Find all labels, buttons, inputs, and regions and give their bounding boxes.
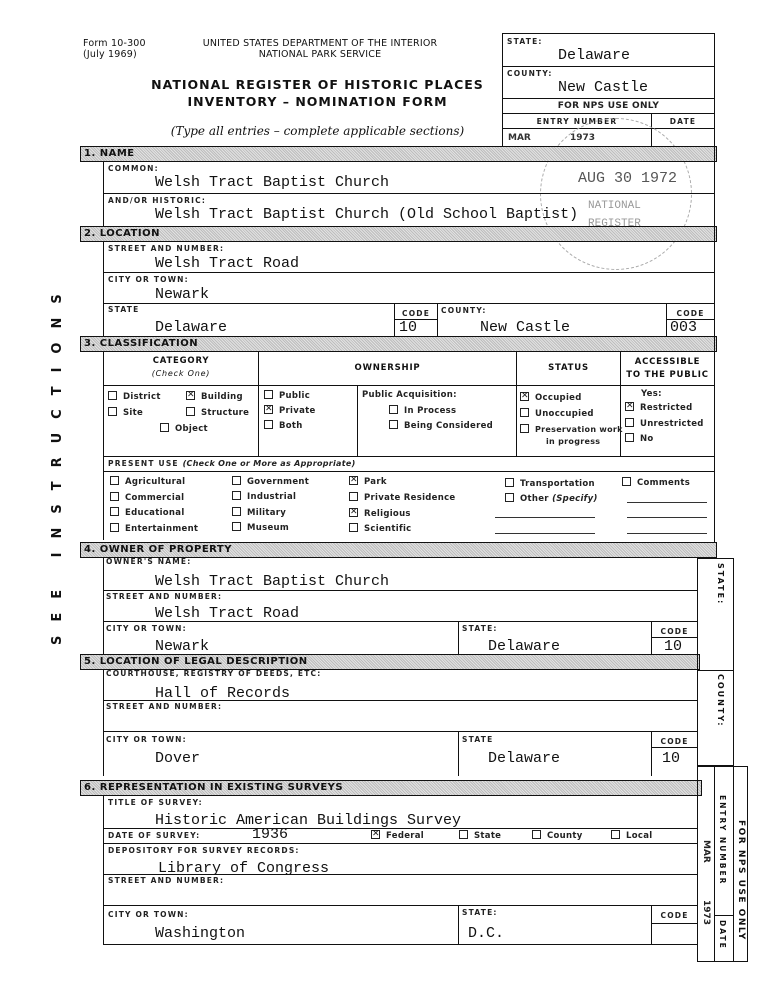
accessible-header-1: ACCESSIBLE [621, 357, 714, 367]
service-name: NATIONAL PARK SERVICE [160, 49, 480, 60]
section-header-surveys: 6. REPRESENTATION IN EXISTING SURVEYS [80, 780, 702, 796]
survey-level-county[interactable]: County [532, 830, 583, 841]
checkbox-private-checked[interactable] [264, 405, 273, 414]
use-other[interactable]: Other (Specify) [505, 493, 598, 504]
use-transportation[interactable]: Transportation [505, 478, 595, 489]
checkbox-structure[interactable] [186, 407, 195, 416]
checkbox-restricted-checked[interactable] [625, 402, 634, 411]
location-county-code-field[interactable]: 003 [670, 319, 697, 336]
category-subheader: (Check One) [104, 369, 258, 378]
form-title-line1: NATIONAL REGISTER OF HISTORIC PLACES [140, 76, 495, 93]
form-number: Form 10-300 [83, 38, 146, 49]
checkbox-being-considered[interactable] [389, 420, 398, 429]
checkbox-preservation[interactable] [520, 424, 529, 433]
checkbox-in-process[interactable] [389, 405, 398, 414]
stamp-date: AUG 30 1972 [578, 170, 677, 187]
owner-city-label: CITY OR TOWN: [106, 624, 187, 633]
top-county-label: COUNTY: [507, 69, 553, 78]
ownership-public[interactable]: Public [264, 390, 310, 401]
status-occupied[interactable]: Occupied [520, 392, 582, 403]
depository-label: DEPOSITORY FOR SURVEY RECORDS: [108, 846, 300, 855]
checkbox-local[interactable] [611, 830, 620, 839]
other-specify-line-1[interactable] [495, 517, 595, 518]
checkbox-transportation[interactable] [505, 478, 514, 487]
location-state-field[interactable]: Delaware [155, 319, 227, 336]
checkbox-educational[interactable] [110, 507, 119, 516]
use-private-residence[interactable]: Private Residence [349, 492, 456, 503]
survey-title-label: TITLE OF SURVEY: [108, 798, 203, 807]
see-instructions-side-text: SEE INSTRUCTIONS [50, 355, 65, 645]
legal-street-label: STREET AND NUMBER: [106, 702, 222, 711]
accessible-unrestricted[interactable]: Unrestricted [625, 418, 704, 429]
section-header-owner: 4. OWNER OF PROPERTY [80, 542, 717, 558]
survey-street-label: STREET AND NUMBER: [108, 876, 224, 885]
category-site[interactable]: Site [108, 407, 143, 418]
comments-line-2[interactable] [627, 517, 707, 518]
accessible-yes-label: Yes: [641, 389, 662, 399]
margin-county-label: COUNTY: [716, 674, 725, 728]
checkbox-scientific[interactable] [349, 523, 358, 532]
checkbox-park-checked[interactable] [349, 476, 358, 485]
checkbox-building-checked[interactable] [186, 391, 195, 400]
margin-state-label: STATE: [716, 563, 725, 605]
checkbox-state[interactable] [459, 830, 468, 839]
checkbox-object[interactable] [160, 423, 169, 432]
status-unoccupied[interactable]: Unoccupied [520, 408, 594, 419]
historic-name-field[interactable]: Welsh Tract Baptist Church (Old School B… [155, 206, 578, 223]
top-county-value: New Castle [558, 79, 648, 96]
survey-state-field[interactable]: D.C. [468, 925, 504, 942]
checkbox-county[interactable] [532, 830, 541, 839]
checkbox-commercial[interactable] [110, 492, 119, 501]
location-county-field[interactable]: New Castle [480, 319, 570, 336]
checkbox-government[interactable] [232, 476, 241, 485]
checkbox-religious-checked[interactable] [349, 508, 358, 517]
form-title-line2: INVENTORY – NOMINATION FORM [140, 93, 495, 110]
legal-code-label: CODE [652, 737, 697, 746]
owner-code-label: CODE [652, 627, 697, 636]
margin-nps-use-only-label: FOR NPS USE ONLY [736, 820, 746, 941]
checkbox-occupied-checked[interactable] [520, 392, 529, 401]
owner-state-label: STATE: [462, 624, 498, 633]
use-scientific[interactable]: Scientific [349, 523, 412, 534]
survey-date-label: DATE OF SURVEY: [108, 831, 200, 840]
form-date: (July 1969) [83, 49, 137, 60]
present-use-label: PRESENT USE (Check One or More as Approp… [108, 459, 356, 468]
location-city-field[interactable]: Newark [155, 286, 209, 303]
survey-level-local[interactable]: Local [611, 830, 652, 841]
survey-code-label: CODE [652, 911, 697, 920]
stamp-national: NATIONAL [588, 200, 641, 212]
accessible-restricted[interactable]: Restricted [625, 402, 693, 413]
owner-name-field[interactable]: Welsh Tract Baptist Church [155, 573, 389, 590]
public-acquisition-label: Public Acquisition: [362, 390, 457, 400]
category-district[interactable]: District [108, 391, 161, 402]
checkbox-unrestricted[interactable] [625, 418, 634, 427]
section-header-location: 2. LOCATION [80, 226, 717, 242]
legal-city-label: CITY OR TOWN: [106, 735, 187, 744]
legal-code-field[interactable]: 10 [662, 750, 680, 767]
department-name: UNITED STATES DEPARTMENT OF THE INTERIOR [160, 38, 480, 49]
checkbox-entertainment[interactable] [110, 523, 119, 532]
checkbox-both[interactable] [264, 420, 273, 429]
checkbox-no[interactable] [625, 433, 634, 442]
legal-state-field[interactable]: Delaware [488, 750, 560, 767]
legal-city-field[interactable]: Dover [155, 750, 200, 767]
use-agricultural[interactable]: Agricultural [110, 476, 185, 487]
courthouse-label: COURTHOUSE, REGISTRY OF DEEDS, ETC: [106, 669, 321, 678]
use-religious[interactable]: Religious [349, 508, 411, 519]
checkbox-agricultural[interactable] [110, 476, 119, 485]
margin-entry-number-label: ENTRY NUMBER [718, 795, 727, 885]
accessible-header-2: TO THE PUBLIC [621, 370, 714, 380]
common-label: COMMON: [108, 164, 159, 173]
survey-level-state[interactable]: State [459, 830, 501, 841]
location-county-code-label: CODE [667, 309, 714, 318]
checkbox-industrial[interactable] [232, 491, 241, 500]
section-header-name: 1. NAME [80, 146, 717, 162]
category-building[interactable]: Building [186, 391, 243, 402]
checkbox-unoccupied[interactable] [520, 408, 529, 417]
use-military[interactable]: Military [232, 507, 286, 518]
use-museum[interactable]: Museum [232, 522, 289, 533]
legal-state-label: STATE [462, 735, 493, 744]
entry-number-stamp: MAR [508, 133, 531, 143]
top-state-label: STATE: [507, 37, 543, 46]
acquisition-being-considered[interactable]: Being Considered [389, 420, 493, 431]
form-instructions: (Type all entries – complete applicable … [140, 124, 495, 138]
checkbox-federal-checked[interactable] [371, 830, 380, 839]
ownership-both[interactable]: Both [264, 420, 303, 431]
survey-date-field[interactable]: 1936 [252, 826, 288, 843]
status-preservation[interactable]: Preservation work [520, 424, 623, 434]
use-entertainment[interactable]: Entertainment [110, 523, 198, 534]
owner-code-field[interactable]: 10 [664, 638, 682, 655]
owner-state-field[interactable]: Delaware [488, 638, 560, 655]
date-label: DATE [652, 117, 714, 126]
top-state-value: Delaware [558, 47, 630, 64]
owner-city-field[interactable]: Newark [155, 638, 209, 655]
location-street-label: STREET AND NUMBER: [108, 244, 224, 253]
checkbox-public[interactable] [264, 390, 273, 399]
category-object[interactable]: Object [160, 423, 208, 434]
location-code-field[interactable]: 10 [399, 319, 417, 336]
checkbox-military[interactable] [232, 507, 241, 516]
use-commercial[interactable]: Commercial [110, 492, 184, 503]
checkbox-museum[interactable] [232, 522, 241, 531]
checkbox-other[interactable] [505, 493, 514, 502]
location-county-label: COUNTY: [441, 306, 487, 315]
nps-use-only-label: FOR NPS USE ONLY [502, 101, 715, 111]
margin-date-stamp: 1973 [701, 900, 711, 925]
use-comments[interactable]: Comments [622, 477, 690, 488]
owner-street-field[interactable]: Welsh Tract Road [155, 605, 299, 622]
checkbox-site[interactable] [108, 407, 117, 416]
common-name-field[interactable]: Welsh Tract Baptist Church [155, 174, 389, 191]
acquisition-in-process[interactable]: In Process [389, 405, 456, 416]
use-government[interactable]: Government [232, 476, 309, 487]
comments-line-1[interactable] [627, 502, 707, 503]
ownership-private[interactable]: Private [264, 405, 316, 416]
status-in-progress-text: in progress [546, 437, 600, 446]
survey-title-field[interactable]: Historic American Buildings Survey [155, 812, 461, 829]
comments-line-3[interactable] [627, 533, 707, 534]
checkbox-private-residence[interactable] [349, 492, 358, 501]
owner-street-label: STREET AND NUMBER: [106, 592, 222, 601]
category-structure[interactable]: Structure [186, 407, 249, 418]
margin-date-label: DATE [718, 920, 727, 950]
survey-city-label: CITY OR TOWN: [108, 910, 189, 919]
use-park[interactable]: Park [349, 476, 387, 487]
status-header: STATUS [517, 363, 620, 373]
survey-city-field[interactable]: Washington [155, 925, 245, 942]
survey-level-federal[interactable]: Federal [371, 830, 424, 841]
checkbox-comments[interactable] [622, 477, 631, 486]
margin-entry-stamp: MAR [701, 840, 711, 863]
received-stamp [540, 118, 692, 270]
use-educational[interactable]: Educational [110, 507, 185, 518]
checkbox-district[interactable] [108, 391, 117, 400]
location-city-label: CITY OR TOWN: [108, 275, 189, 284]
location-code-label: CODE [395, 309, 437, 318]
section-header-legal: 5. LOCATION OF LEGAL DESCRIPTION [80, 654, 700, 670]
other-specify-line-2[interactable] [495, 533, 595, 534]
accessible-no[interactable]: No [625, 433, 654, 444]
section-header-classification: 3. CLASSIFICATION [80, 336, 717, 352]
use-industrial[interactable]: Industrial [232, 491, 296, 502]
ownership-header: OWNERSHIP [259, 363, 516, 373]
survey-state-label: STATE: [462, 908, 498, 917]
historic-label: AND/OR HISTORIC: [108, 196, 206, 205]
category-header: CATEGORY [104, 356, 258, 366]
owner-name-label: OWNER'S NAME: [106, 557, 191, 566]
location-state-label: STATE [108, 305, 139, 314]
location-street-field[interactable]: Welsh Tract Road [155, 255, 299, 272]
